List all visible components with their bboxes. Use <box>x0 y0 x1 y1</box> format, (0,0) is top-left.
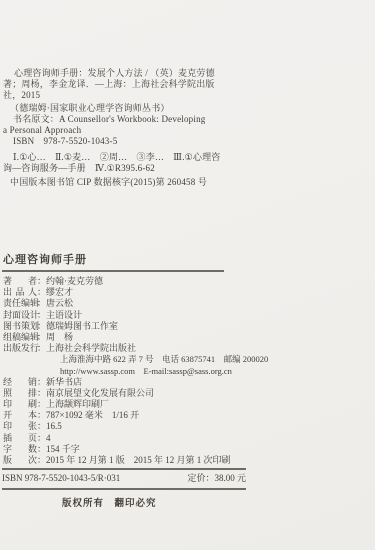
credit-label: 组稿编辑 <box>3 332 37 343</box>
credit-row: 组稿编辑：周 杨 <box>3 332 303 343</box>
credit-value: 4 <box>46 433 51 443</box>
credit-row: 出品人：缪宏才 <box>3 287 303 298</box>
credit-row: 印刷：上海颛辉印刷厂 <box>3 399 303 410</box>
publisher-address: 上海淮海中路 622 弄 7 号 电话 63875741 邮编 200020 <box>3 354 303 365</box>
copyright-notice: 版权所有 翻印必究 <box>62 495 157 509</box>
credit-value: 德瑞姆图书工作室 <box>46 321 118 331</box>
credit-value: 787×1092 毫米 1/16 开 <box>46 410 139 420</box>
credit-row: 插页：4 <box>3 433 303 444</box>
cip-line: 中国版本图书馆 CIP 数据核字(2015)第 260458 号 <box>3 177 253 188</box>
credit-label: 经销 <box>3 377 37 388</box>
credit-colon: ： <box>37 310 46 320</box>
credit-label: 照排 <box>3 388 37 399</box>
credit-value: 上海社会科学院出版社 <box>46 343 136 353</box>
credit-value: 主语设计 <box>46 310 82 320</box>
credit-row: 照排：南京展望文化发展有限公司 <box>3 388 303 399</box>
credit-value: 缪宏才 <box>46 287 73 297</box>
credit-colon: ： <box>37 410 46 420</box>
credit-label: 开本 <box>3 410 37 421</box>
credit-label: 图书策划 <box>3 321 37 332</box>
cip-line: 心理咨询师手册：发展个人方法 / （英）麦克劳德 <box>3 68 253 79</box>
credit-value: 16.5 <box>46 421 62 431</box>
cip-line: （德瑞姆·国家职业心理学咨询师丛书） <box>3 103 253 114</box>
credit-colon: ： <box>37 421 46 431</box>
footer-divider-top <box>2 468 246 470</box>
isbn-price-row: ISBN 978-7-5520-1043-5/R·031 定价：38.00 元 <box>2 472 246 485</box>
credit-colon: ： <box>37 455 46 465</box>
credit-colon: ： <box>37 276 46 286</box>
cip-line: a Personal Approach <box>3 125 253 136</box>
publisher-web-email: http://www.sassp.com E-mail:sassp@sass.o… <box>3 366 303 377</box>
credit-value: 新华书店 <box>46 377 82 387</box>
credit-colon: ： <box>37 433 46 443</box>
credit-colon: ： <box>37 444 46 454</box>
book-title: 心理咨询师手册 <box>3 251 87 267</box>
credit-colon: ： <box>37 332 46 342</box>
credit-colon: ： <box>37 399 46 409</box>
credit-value: 唐云松 <box>46 298 73 308</box>
credit-value: 南京展望文化发展有限公司 <box>46 388 154 398</box>
title-divider <box>2 270 224 272</box>
credit-value: 2015 年 12 月第 1 版 2015 年 12 月第 1 次印刷 <box>46 455 231 465</box>
credit-row: 印张：16.5 <box>3 421 303 432</box>
credit-colon: ： <box>37 287 46 297</box>
credit-row: 出版发行：上海社会科学院出版社 <box>3 343 303 354</box>
credit-value: 上海淮海中路 622 弄 7 号 电话 63875741 邮编 200020 <box>60 354 268 364</box>
credit-colon: ： <box>37 298 46 308</box>
credit-label: 责任编辑 <box>3 298 37 309</box>
credit-row: 经销：新华书店 <box>3 377 303 388</box>
credit-label: 出版发行 <box>3 343 37 354</box>
credit-value: 周 杨 <box>46 332 73 342</box>
copyright-page: 心理咨询师手册：发展个人方法 / （英）麦克劳德 著；周杨，李金龙译．—上海：上… <box>0 0 375 550</box>
credit-row: 版次：2015 年 12 月第 1 版 2015 年 12 月第 1 次印刷 <box>3 455 303 466</box>
credit-colon: ： <box>37 377 46 387</box>
credit-label: 字数 <box>3 444 37 455</box>
credit-colon: ： <box>37 321 46 331</box>
credit-value: 约翰·麦克劳德 <box>46 276 103 286</box>
credit-label: 印张 <box>3 421 37 432</box>
credit-row: 责任编辑：唐云松 <box>3 298 303 309</box>
credit-row: 图书策划：德瑞姆图书工作室 <box>3 321 303 332</box>
credit-row: 著者：约翰·麦克劳德 <box>3 276 303 287</box>
credit-label: 封面设计 <box>3 310 37 321</box>
credit-row: 开本：787×1092 毫米 1/16 开 <box>3 410 303 421</box>
cip-line: 询—咨询服务—手册 Ⅳ.①R395.6-62 <box>3 163 253 174</box>
cip-line: 社，2015 <box>3 90 253 101</box>
credit-label: 插页 <box>3 433 37 444</box>
isbn-number: ISBN 978-7-5520-1043-5/R·031 <box>2 472 120 485</box>
credit-label: 著者 <box>3 276 37 287</box>
footer-divider-bottom <box>2 488 246 490</box>
credit-label: 版次 <box>3 455 37 466</box>
price: 定价：38.00 元 <box>187 472 246 485</box>
credit-label: 印刷 <box>3 399 37 410</box>
cip-block: 心理咨询师手册：发展个人方法 / （英）麦克劳德 著；周杨，李金龙译．—上海：上… <box>3 57 253 188</box>
credit-row: 封面设计：主语设计 <box>3 310 303 321</box>
cip-line: 书名原文：A Counsellor's Workbook: Developing <box>3 114 253 125</box>
credit-colon: ： <box>37 388 46 398</box>
credit-colon: ： <box>37 343 46 353</box>
credit-value: http://www.sassp.com E-mail:sassp@sass.o… <box>60 366 232 376</box>
credits-list: 著者：约翰·麦克劳德 出品人：缪宏才 责任编辑：唐云松 封面设计：主语设计 图书… <box>3 276 303 466</box>
credit-value: 上海颛辉印刷厂 <box>46 399 109 409</box>
credit-label: 出品人 <box>3 287 37 298</box>
credit-row: 字数：154 千字 <box>3 444 303 455</box>
credit-value: 154 千字 <box>46 444 80 454</box>
cip-line: ISBN 978-7-5520-1043-5 <box>3 136 253 147</box>
cip-line: 著；周杨，李金龙译．—上海：上海社会科学院出版 <box>3 79 253 90</box>
cip-line: Ⅰ.①心… Ⅱ.①麦… ②周… ③李… Ⅲ.①心理咨 <box>3 152 253 163</box>
